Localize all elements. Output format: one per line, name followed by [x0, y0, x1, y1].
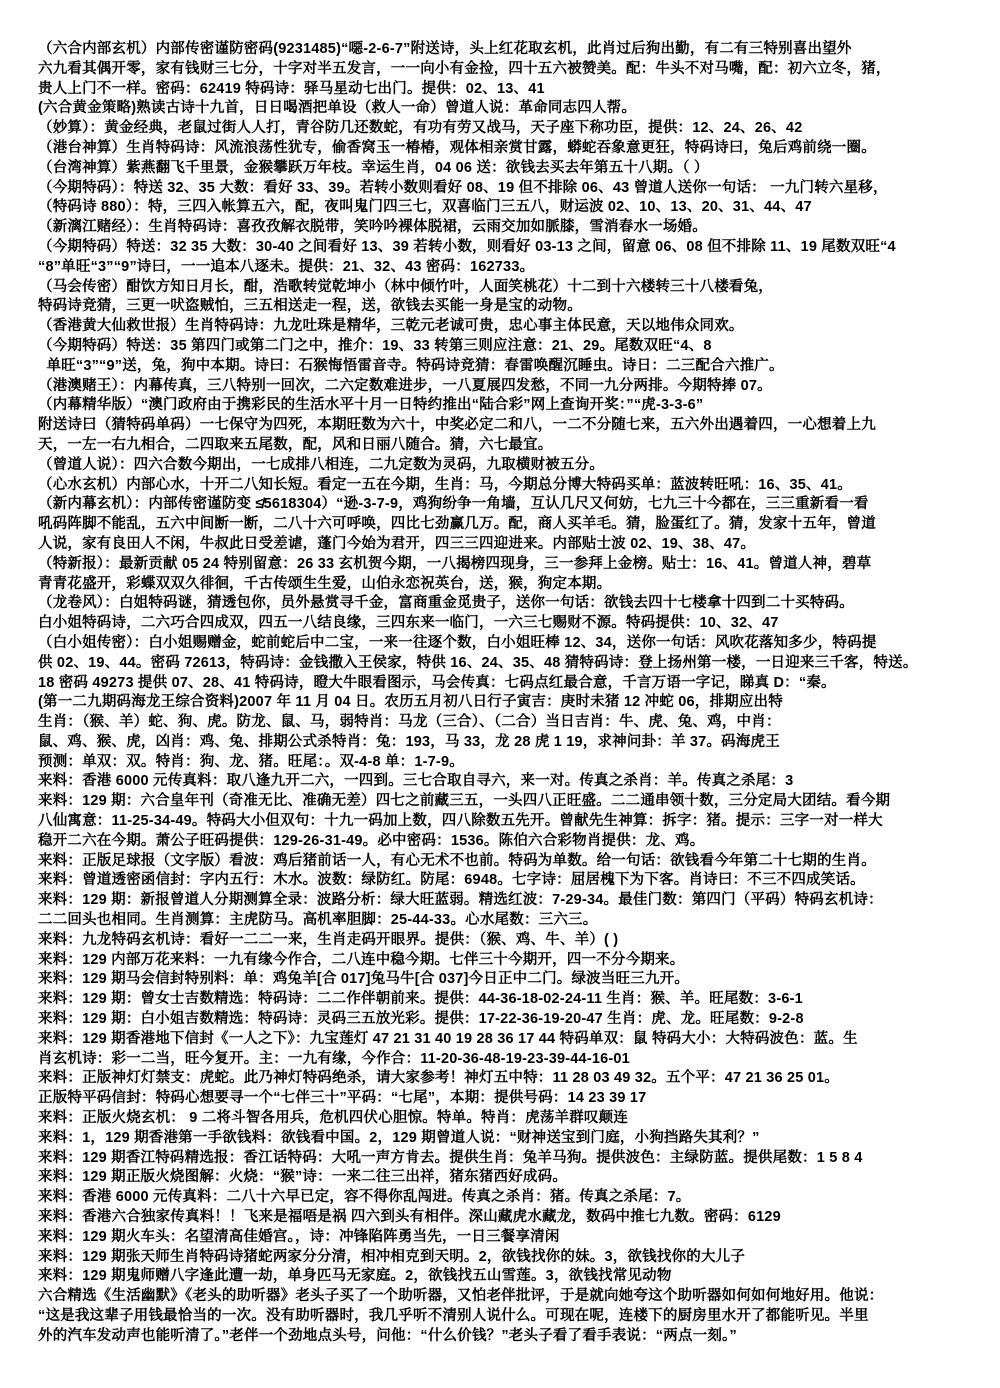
text-line: （龙卷风）：白姐特码谜，猜透包你，员外悬赏寻千金，富商重金觅贵子，送你一句话：欲…	[38, 594, 964, 614]
text-line: 外的汽车发动声也能听清了。”老伴一个劲地点头号，问他：“什么价钱？”老头子看了看…	[38, 1327, 964, 1347]
text-line: “8”单旺“3”“9”诗曰，一一追本八逐未。提供：21、32、43 密码：162…	[38, 258, 964, 278]
text-line: 来料：129 期张天师生肖特码诗猪蛇两家分分清，相冲相克到天明。2，欲钱找你的妹…	[38, 1248, 964, 1268]
text-line: 来料：129 内部万花来料：一九有缘今作合，二八连中稳今期。七伴三十今期开，四一…	[38, 951, 964, 971]
text-line: 来料：九龙特码玄机诗：看好一二二一来，生肖走码开眼界。提供：（猴、鸡、牛、羊）(…	[38, 931, 964, 951]
text-line: （六合内部玄机）内部传密谨防密码(9231485)“噁-2-6-7”附送诗，头上…	[38, 40, 964, 60]
text-line: (第一二九期码海龙王综合资料)2007 年 11 月 04 日。农历五月初八日行…	[38, 693, 964, 713]
text-line: 白小姐特码诗，二六巧合四成双，四五一八结良缘，三四东来一临门，一六三七赐财不源。…	[38, 614, 964, 634]
text-line: （新内幕玄机）：内部传密谨防变 ≰5618304）“逊-3-7-9，鸡狗纷争一角…	[38, 495, 964, 515]
text-line: （白小姐传密）：白小姐赐赠金，蛇前蛇后中二宝，一来一往逐个数，白小姐旺棒 12、…	[38, 634, 964, 654]
text-line: （新漓江赌经）：生肖特码诗：喜孜孜解衣脱带，笑吟吟裸体脱裙，云雨交加如脈膝，雪消…	[38, 218, 964, 238]
text-line: 来料：正版神灯灯禁支：虎蛇。此乃神灯特码绝杀，请大家参考！神灯五中特：11 28…	[38, 1069, 964, 1089]
text-line: 来料：正版火烧玄机： 9 二将斗智各用兵，危机四伏心胆惊。特单。特肖：虎荡羊群叹…	[38, 1109, 964, 1129]
text-line: 来料：129 期：曾女士吉数精选：特码诗：二二作伴朝前来。提供：44-36-18…	[38, 990, 964, 1010]
text-line: （曾道人说）：四六合数今期出，一七成排八相连，二九定数为灵码，九取横财被五分。	[38, 456, 964, 476]
text-line: 贵人上门不一样。密码：62419 特码诗：驿马星动七出门。提供：02、13、41	[38, 80, 964, 100]
text-line: 来料：1，129 期香港第一手欲钱料：欲钱看中国。2，129 期曾道人说：“财神…	[38, 1129, 964, 1149]
text-line: 来料：129 期：白小姐吉数精选：特码诗：灵码三五放光彩。提供：17-22-36…	[38, 1010, 964, 1030]
text-line: （妙算）：黄金经典，老鼠过街人人打，青谷防几还数蛇，有功有劳又战马，天子座下称功…	[38, 119, 964, 139]
text-line: 来料：129 期香江特码精选报：香江话特码：大吼一声方肯去。提供生肖：兔羊马狗。…	[38, 1149, 964, 1169]
text-line: “这是我这辈子用钱最恰当的一次。没有助听器时，我几乎听不清别人说什么。可现在呢，…	[38, 1307, 964, 1327]
text-line: 附送诗曰（猜特码单码）一七保守为四死，本期旺数为六十，中奖必定二和八，一二不分随…	[38, 416, 964, 436]
text-line: 生肖：（猴、羊）蛇、狗、虎。防龙、鼠、马，弱特肖：马龙（三合）、（二合）当日吉肖…	[38, 713, 964, 733]
text-line: （今期特码）：特送 32、35 大数：看好 33、39。若转小数则看好 08、1…	[38, 179, 964, 199]
text-line: 来料：129 期火车头：名望清高佳婚宫。，诗：冲锋陷阵勇当先，一日三餐享清闲	[38, 1228, 964, 1248]
text-line: 天，一左一右九相合，二四取来五尾数，配，风和日丽八随合。猜，六七最宜。	[38, 436, 964, 456]
text-line: （特新报）：最新贡献 05 24 特别留意：26 33 玄机贺今期，一八揭榜四现…	[38, 555, 964, 575]
text-line: 预测：单双：双。特肖：狗、龙、猪。旺尾：。双-4-8 单：1-7-9。	[38, 753, 964, 773]
text-line: （港澳赌王）：内幕传真，三八特别一回次，二六定数难进步，一八夏展四发愁，不同一九…	[38, 377, 964, 397]
text-line: 二二回头也相同。生肖测算：主虎防马。高机率胆脚：25-44-33。心水尾数：三六…	[38, 911, 964, 931]
text-line: （内幕精华版）“澳门政府由于携彩民的生活水平十月一日特约推出“陆合彩”网上查询开…	[38, 396, 964, 416]
text-line: 吼码阵脚不能乱，五六中间断一断，二八十六可呼唤，四比七劲赢几万。配，商人买羊毛。…	[38, 515, 964, 535]
text-line: 来料：129 期正版火烧图解：火烧：“猴”诗：一来二往三出祥，猪东猪西好成码。	[38, 1168, 964, 1188]
text-line: 来料：香港 6000 元传真料：取八逢九开二六，一四到。三七合取自寻六，来一对。…	[38, 772, 964, 792]
text-line: 八仙寓意：11-25-34-49。特码大小但双句：十九一码加上数，四八除数五先开…	[38, 812, 964, 832]
text-line: （马会传密）酣饮方知日月长，酣，浩歌转觉乾坤小（林中倾竹叶，人面笑桃花）十二到十…	[38, 278, 964, 298]
text-line: 18 密码 49273 提供 07、28、41 特码诗，瞪大牛眼看图示，马会传真…	[38, 674, 964, 694]
text-line: （台湾神算）紫燕翻飞千里景，金猴攀跃万年枝。幸运生肖，04 06 送：欲钱去买去…	[38, 159, 964, 179]
text-line: 来料：129 期马会信封特别料：单：鸡兔羊[合 017]兔马牛[合 037]今日…	[38, 970, 964, 990]
text-line: 正版特平码信封：特码心想要寻一个“七伴三十”平码：“七尾”，本期：提供号码：14…	[38, 1089, 964, 1109]
text-line: 六合精选《生活幽默》《老头的助听器》老头子买了一个助听器，又怕老伴批评，于是就向…	[38, 1287, 964, 1307]
text-line: 来料：129 期鬼师赠八字逢此遭一劫，单身匹马无家庭。2，欲钱找五山雪莲。3，欲…	[38, 1267, 964, 1287]
text-line: （港台神算）生肖特码诗：风流浪荡性犹专，偷香窝玉一椿椿，观体相亲赏甘露，蟒蛇吞象…	[38, 139, 964, 159]
text-line: 供 02、19、44。密码 72613，特码诗：金钱撒入王侯家，特供 16、24…	[38, 654, 964, 674]
text-line: 鼠、鸡、猴、虎，凶肖：鸡、兔、排期公式杀特肖：兔：193，马 33，龙 28 虎…	[38, 733, 964, 753]
text-line: 来料：正版足球报（文字版）看波：鸡后猪前话一人，有心无术不也前。特码为单数。给一…	[38, 852, 964, 872]
text-line: 特码诗竞猜，三更一吠盗贼怕，三五相送走一程，送，欲钱去买能一身是宝的动物。	[38, 297, 964, 317]
text-line: 肖玄机诗：彩一二当，旺今复开。主：一九有缘，今作合：11-20-36-48-19…	[38, 1050, 964, 1070]
document-body: （六合内部玄机）内部传密谨防密码(9231485)“噁-2-6-7”附送诗，头上…	[38, 40, 964, 1347]
text-line: （心水玄机）内部心水，十开二八知长短。看定一五在今期，生肖：马，今期总分博大特码…	[38, 476, 964, 496]
text-line: 来料：129 期：新报曾道人分期测算全录：波路分析：绿大旺蓝弱。精选红波：7-2…	[38, 891, 964, 911]
text-line: 单旺“3”“9”送，兔，狗中本期。诗曰：石猴悔悟雷音寺。特码诗竞猜：春雷唤醒沉睡…	[38, 357, 964, 377]
text-line: 来料：香港 6000 元传真料：二八十六早已定，容不得你乱闯进。传真之杀肖：猪。…	[38, 1188, 964, 1208]
text-line: （今期特码）特送：35 第四门或第二门之中，推介：19、33 转第三则应注意：2…	[38, 337, 964, 357]
text-line: 六九看其偶开零，家有钱财三七分，十字对半五发言，一一向小有金捡，四十五六被赞美。…	[38, 60, 964, 80]
text-line: 来料：129 期香港地下信封《一人之下》：九宝莲灯 47 21 31 40 19…	[38, 1030, 964, 1050]
text-line: 来料：香港六合独家传真料！！飞来是福唔是祸 四六到头有相伴。深山藏虎水藏龙，数码…	[38, 1208, 964, 1228]
text-line: （今期特码）特送：32 35 大数：30-40 之间看好 13、39 若转小数，…	[38, 238, 964, 258]
text-line: （特码诗 880）：特，三四入帐算五六，配，夜叫鬼门四三七，双喜临门三五八，财运…	[38, 198, 964, 218]
text-line: 青青花盛开，彩蝶双双久徘徊，千古传颂生生爱，山伯永恋祝英台，送，猴，狗定本期。	[38, 575, 964, 595]
text-line: 来料：129 期：六合皇年刊（奇准无比、准确无差）四七之前藏三五，一头四八正旺盛…	[38, 792, 964, 812]
text-line: 人说，家有良田人不闲，牛叔此日受差谑，蓬门今始为君开，四三三四迎进来。内部贴士波…	[38, 535, 964, 555]
page: （六合内部玄机）内部传密谨防密码(9231485)“噁-2-6-7”附送诗，头上…	[0, 0, 1000, 1388]
text-line: 稳开二六在今期。萧公子旺码提供：129-26-31-49。必中密码：1536。陈…	[38, 832, 964, 852]
text-line: （香港黄大仙救世报）生肖特码诗：九龙吐珠是精华，三乾元老诚可贵，忠心事主体民意，…	[38, 317, 964, 337]
text-line: (六合黄金策略)熟读古诗十九首，日日喝酒把单设（救人一命）曾道人说：革命同志四人…	[38, 99, 964, 119]
text-line: 来料：曾道透密函信封：字内五行：木水。波数：绿防红。防尾：6948。七字诗：屈居…	[38, 871, 964, 891]
